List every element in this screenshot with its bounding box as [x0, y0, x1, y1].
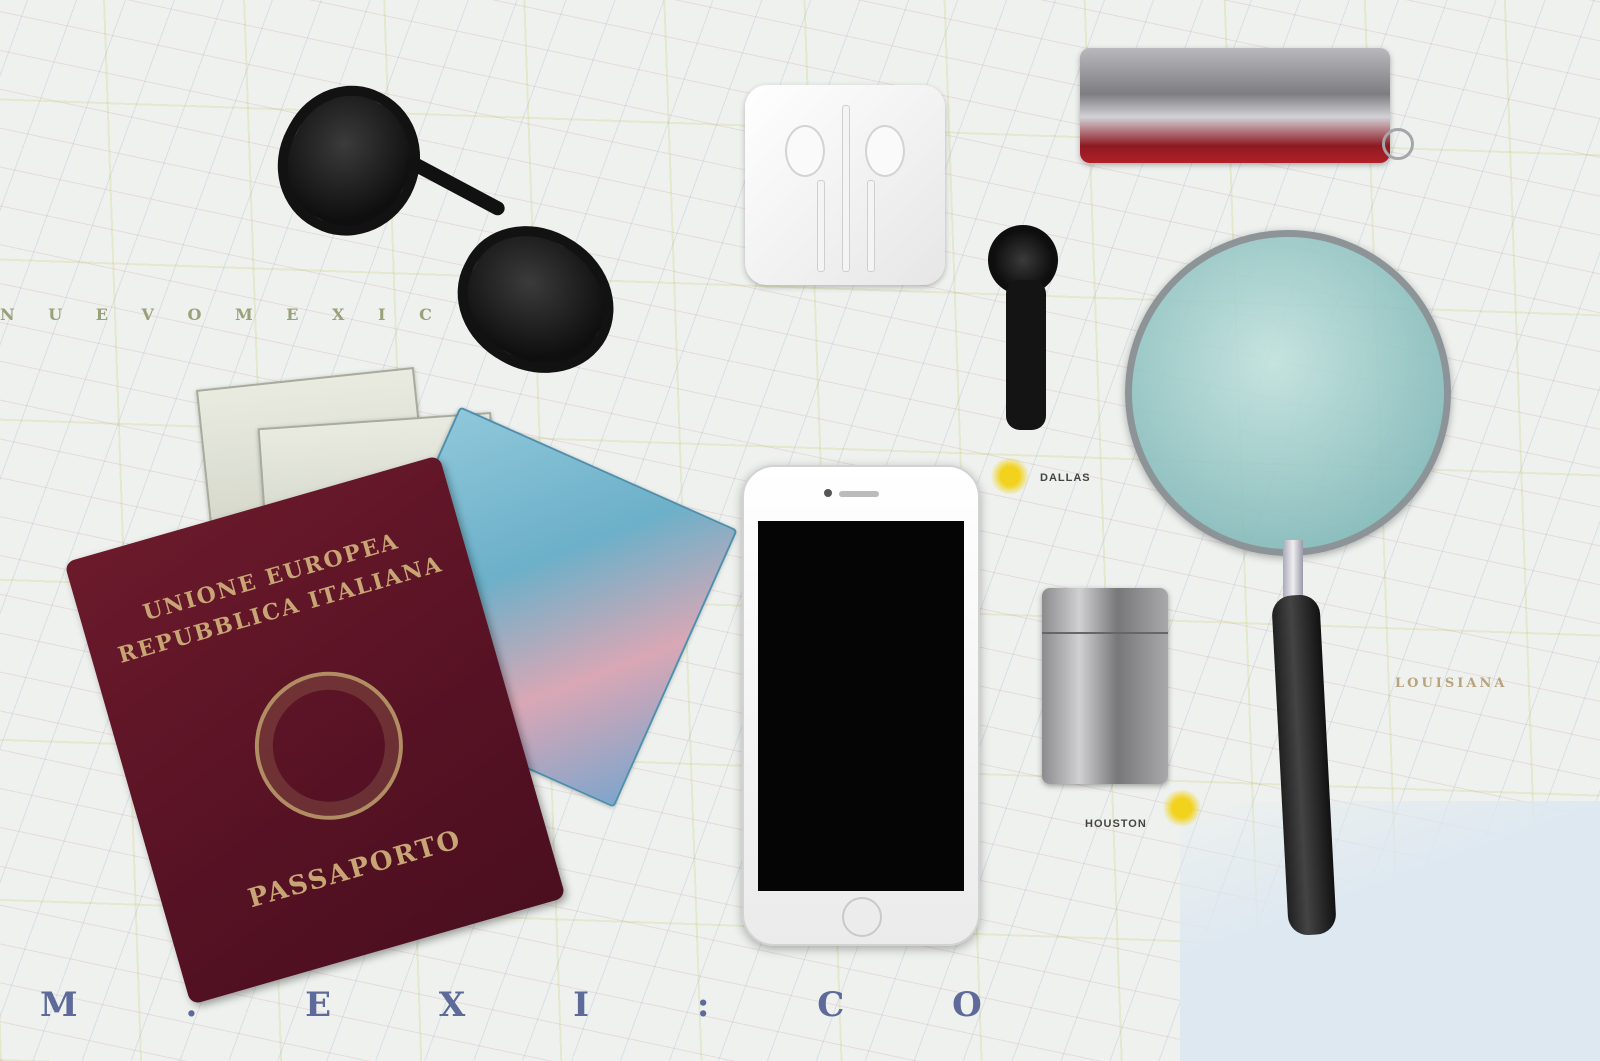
earbud-left — [785, 125, 825, 177]
phone-screen — [758, 521, 964, 891]
earphone-cord — [842, 105, 850, 272]
city-label-houston: HOUSTON — [1085, 818, 1147, 830]
home-button — [842, 897, 882, 937]
italian-emblem-icon — [237, 654, 420, 837]
magnifying-glass-lens — [1125, 230, 1451, 556]
phone-lens-clip — [988, 225, 1064, 430]
earphone-cord — [817, 180, 825, 272]
earbud-right — [865, 125, 905, 177]
knife-keyring — [1382, 128, 1414, 160]
map-background: M . E X I : C O N U E V O M E X I C O LO… — [0, 0, 1600, 1061]
phone-speaker — [839, 491, 879, 497]
lighter — [1042, 588, 1168, 784]
earphones-case — [745, 85, 945, 285]
earphone-cord — [867, 180, 875, 272]
front-camera — [824, 489, 832, 497]
passport-title: PASSAPORTO — [163, 801, 546, 937]
clip-arm — [1006, 280, 1046, 430]
gulf-water — [1180, 801, 1600, 1061]
smartphone — [742, 465, 980, 946]
sunglasses-bridge — [403, 154, 507, 218]
city-label-dallas: DALLAS — [1040, 472, 1091, 484]
swiss-army-knife — [1080, 48, 1390, 163]
city-marker-houston — [1162, 790, 1202, 826]
lighter-lid — [1042, 588, 1168, 634]
map-label-louisiana: LOUISIANA — [1395, 676, 1507, 691]
sunglasses-right-lens — [433, 201, 640, 400]
city-marker-dallas — [990, 458, 1030, 494]
